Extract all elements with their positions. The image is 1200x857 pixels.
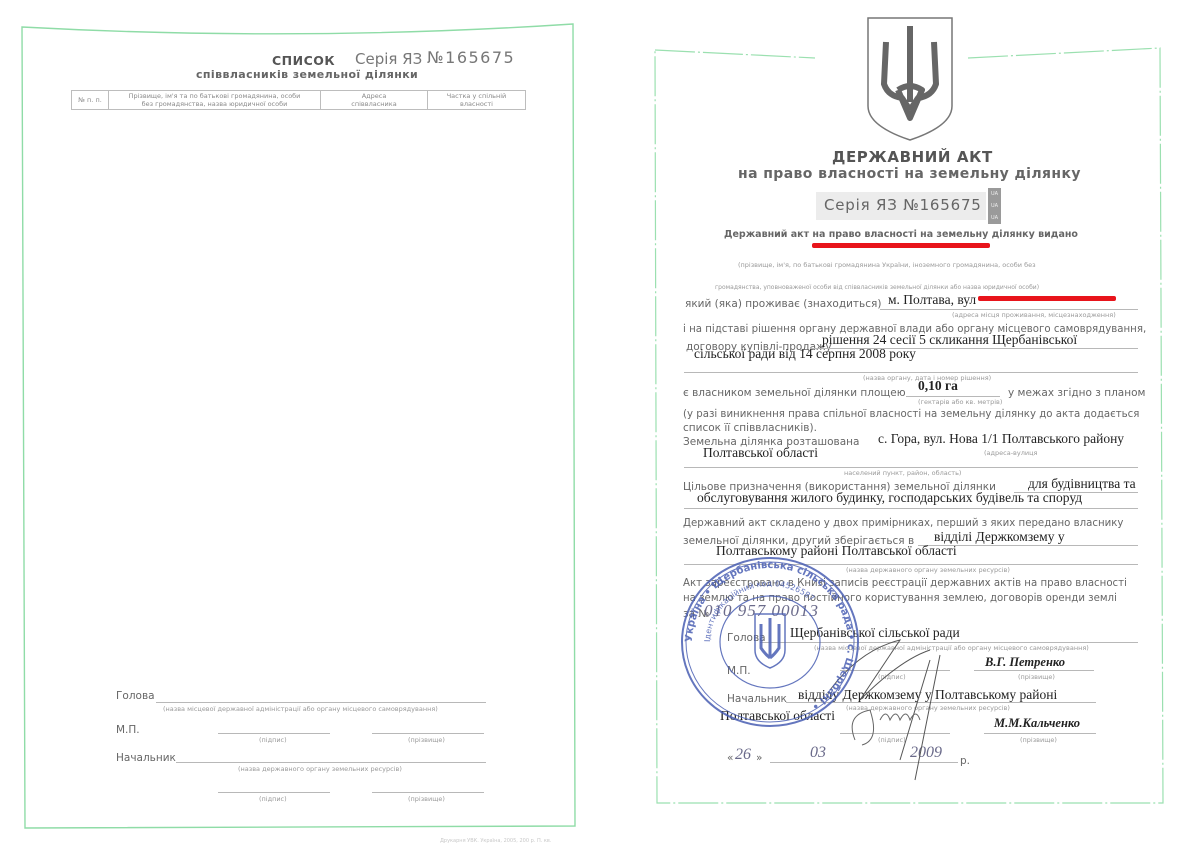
purpose-value-2: обслуговування жилого будинку, господарс… bbox=[697, 490, 1082, 506]
chief-surname-line bbox=[984, 733, 1096, 734]
list-sign-hint-1: (підпис) bbox=[259, 736, 287, 744]
hologram: UA UA UA bbox=[988, 188, 1001, 224]
list-sign-line-1 bbox=[218, 733, 330, 734]
coowners-note-1: (у разі виникнення права спільної власно… bbox=[683, 409, 1139, 420]
area-label: є власником земельної ділянки площею bbox=[683, 387, 906, 399]
series-number-box: Серія ЯЗ №165675 bbox=[816, 192, 986, 220]
list-head-line bbox=[156, 702, 486, 703]
area-hint: (гектарів або кв. метрів) bbox=[918, 398, 1002, 406]
head-name: В.Г. Петренко bbox=[985, 655, 1065, 670]
list-head-label: Голова bbox=[116, 690, 155, 702]
co-owners-list-page: СПИСОК Серія ЯЗ №165675 співвласників зе… bbox=[0, 0, 600, 857]
col-share-label-1: Частка у спільній bbox=[431, 92, 522, 100]
date-open-quote: « bbox=[727, 752, 733, 764]
list-surname-line-1 bbox=[372, 733, 484, 734]
series-number: Серія ЯЗ №165675 bbox=[824, 196, 982, 214]
act-title: ДЕРЖАВНИЙ АКТ bbox=[832, 148, 993, 166]
date-month: 03 bbox=[810, 744, 826, 762]
area-value: 0,10 га bbox=[918, 378, 958, 394]
list-surname-line-2 bbox=[372, 792, 484, 793]
co-owners-table: № п. п. Прізвище, ім'я та по батькові гр… bbox=[71, 90, 526, 110]
state-act-page: ДЕРЖАВНИЙ АКТ на право власності на земе… bbox=[600, 0, 1200, 857]
location-hint-2: населений пункт, район, область) bbox=[844, 469, 961, 477]
chief-surname-hint: (прізвище) bbox=[1020, 736, 1057, 744]
list-chief-line bbox=[176, 762, 486, 763]
official-seal: Україна • Щербанівська сільська рада • с… bbox=[675, 552, 865, 732]
col-address: Адресаспіввласника bbox=[321, 91, 428, 110]
copies-hint: (назва державного органу земельних ресур… bbox=[846, 566, 1010, 574]
head-surname-line bbox=[974, 670, 1094, 671]
basis-line-2 bbox=[684, 372, 1138, 373]
list-series: Серія ЯЗ bbox=[355, 50, 422, 68]
list-sign-hint-2: (підпис) bbox=[259, 795, 287, 803]
list-surname-hint-1: (прізвище) bbox=[408, 736, 445, 744]
chief-name: М.М.Кальченко bbox=[994, 716, 1080, 731]
col-number-label: № п. п. bbox=[78, 96, 102, 104]
list-chief-label: Начальник bbox=[116, 752, 176, 764]
basis-value-2: сільської ради від 14 серпня 2008 року bbox=[694, 346, 916, 362]
list-stamp-label: М.П. bbox=[116, 724, 140, 736]
coowners-note-2: список її співвласників). bbox=[683, 422, 817, 434]
area-suffix: у межах згідно з планом bbox=[1008, 387, 1145, 399]
purpose-line-2 bbox=[684, 508, 1138, 509]
resides-label: який (яка) проживає (знаходиться) bbox=[685, 298, 881, 310]
list-head-hint: (назва місцевої державної адміністрації … bbox=[163, 705, 438, 713]
hologram-text: UA bbox=[988, 212, 1001, 224]
printer-footer: Друкарня УВК. Україна, 2005, 200 р. П. к… bbox=[440, 838, 551, 844]
location-value-1: с. Гора, вул. Нова 1/1 Полтавського райо… bbox=[878, 431, 1124, 447]
location-value-2: Полтавської області bbox=[703, 445, 818, 461]
col-address-label-2: співвласника bbox=[324, 100, 424, 108]
owner-hint-1: (прізвище, ім'я, по батькові громадянина… bbox=[738, 261, 1036, 269]
col-number: № п. п. bbox=[72, 91, 109, 110]
chief-sign-hint: (підпис) bbox=[878, 736, 906, 744]
issued-label: Державний акт на право власності на земе… bbox=[724, 229, 1078, 240]
list-chief-hint: (назва державного органу земельних ресур… bbox=[238, 765, 402, 773]
date-year: 2009 bbox=[910, 744, 942, 762]
date-day: 26 bbox=[735, 746, 751, 764]
location-hint-1: (адреса-вулиця bbox=[984, 449, 1037, 457]
redacted-street bbox=[978, 296, 1116, 301]
area-line bbox=[906, 396, 1000, 397]
date-close-quote: » bbox=[756, 752, 762, 764]
resides-line bbox=[880, 309, 1138, 310]
list-number: №165675 bbox=[427, 48, 515, 67]
hologram-text: UA bbox=[988, 200, 1001, 212]
chief-hint: (назва державного органу земельних ресур… bbox=[846, 704, 1010, 712]
owner-hint-2: громадянства, уповноваженої особи від сп… bbox=[715, 284, 1039, 291]
col-share-label-2: власності bbox=[431, 100, 522, 108]
resides-hint: (адреса місця проживання, місцезнаходжен… bbox=[952, 311, 1116, 319]
redacted-owner-name bbox=[812, 243, 990, 248]
list-title: СПИСОК bbox=[272, 53, 335, 68]
trident-icon bbox=[864, 14, 956, 144]
act-subtitle: на право власності на земельну ділянку bbox=[738, 166, 1081, 182]
resides-value: м. Полтава, вул bbox=[888, 292, 976, 308]
head-surname-hint: (прізвище) bbox=[1018, 673, 1055, 681]
col-share: Частка у спільнійвласності bbox=[428, 91, 526, 110]
list-surname-hint-2: (прізвище) bbox=[408, 795, 445, 803]
list-sign-line-2 bbox=[218, 792, 330, 793]
date-line bbox=[770, 762, 958, 763]
list-subtitle: співвласників земельної ділянки bbox=[196, 68, 418, 81]
hologram-text: UA bbox=[988, 188, 1001, 200]
head-sign-hint: (підпис) bbox=[878, 673, 906, 681]
col-name-label-1: Прізвище, ім'я та по батькові громадянин… bbox=[112, 92, 317, 100]
date-suffix: р. bbox=[960, 755, 970, 767]
copies-label-1: Державний акт складено у двох примірника… bbox=[683, 518, 1123, 529]
col-name: Прізвище, ім'я та по батькові громадянин… bbox=[109, 91, 321, 110]
col-name-label-2: без громадянства, назва юридичної особи bbox=[112, 100, 317, 108]
chief-sign-line bbox=[840, 733, 950, 734]
page-border bbox=[0, 0, 600, 857]
location-line bbox=[684, 467, 1138, 468]
col-address-label-1: Адреса bbox=[324, 92, 424, 100]
